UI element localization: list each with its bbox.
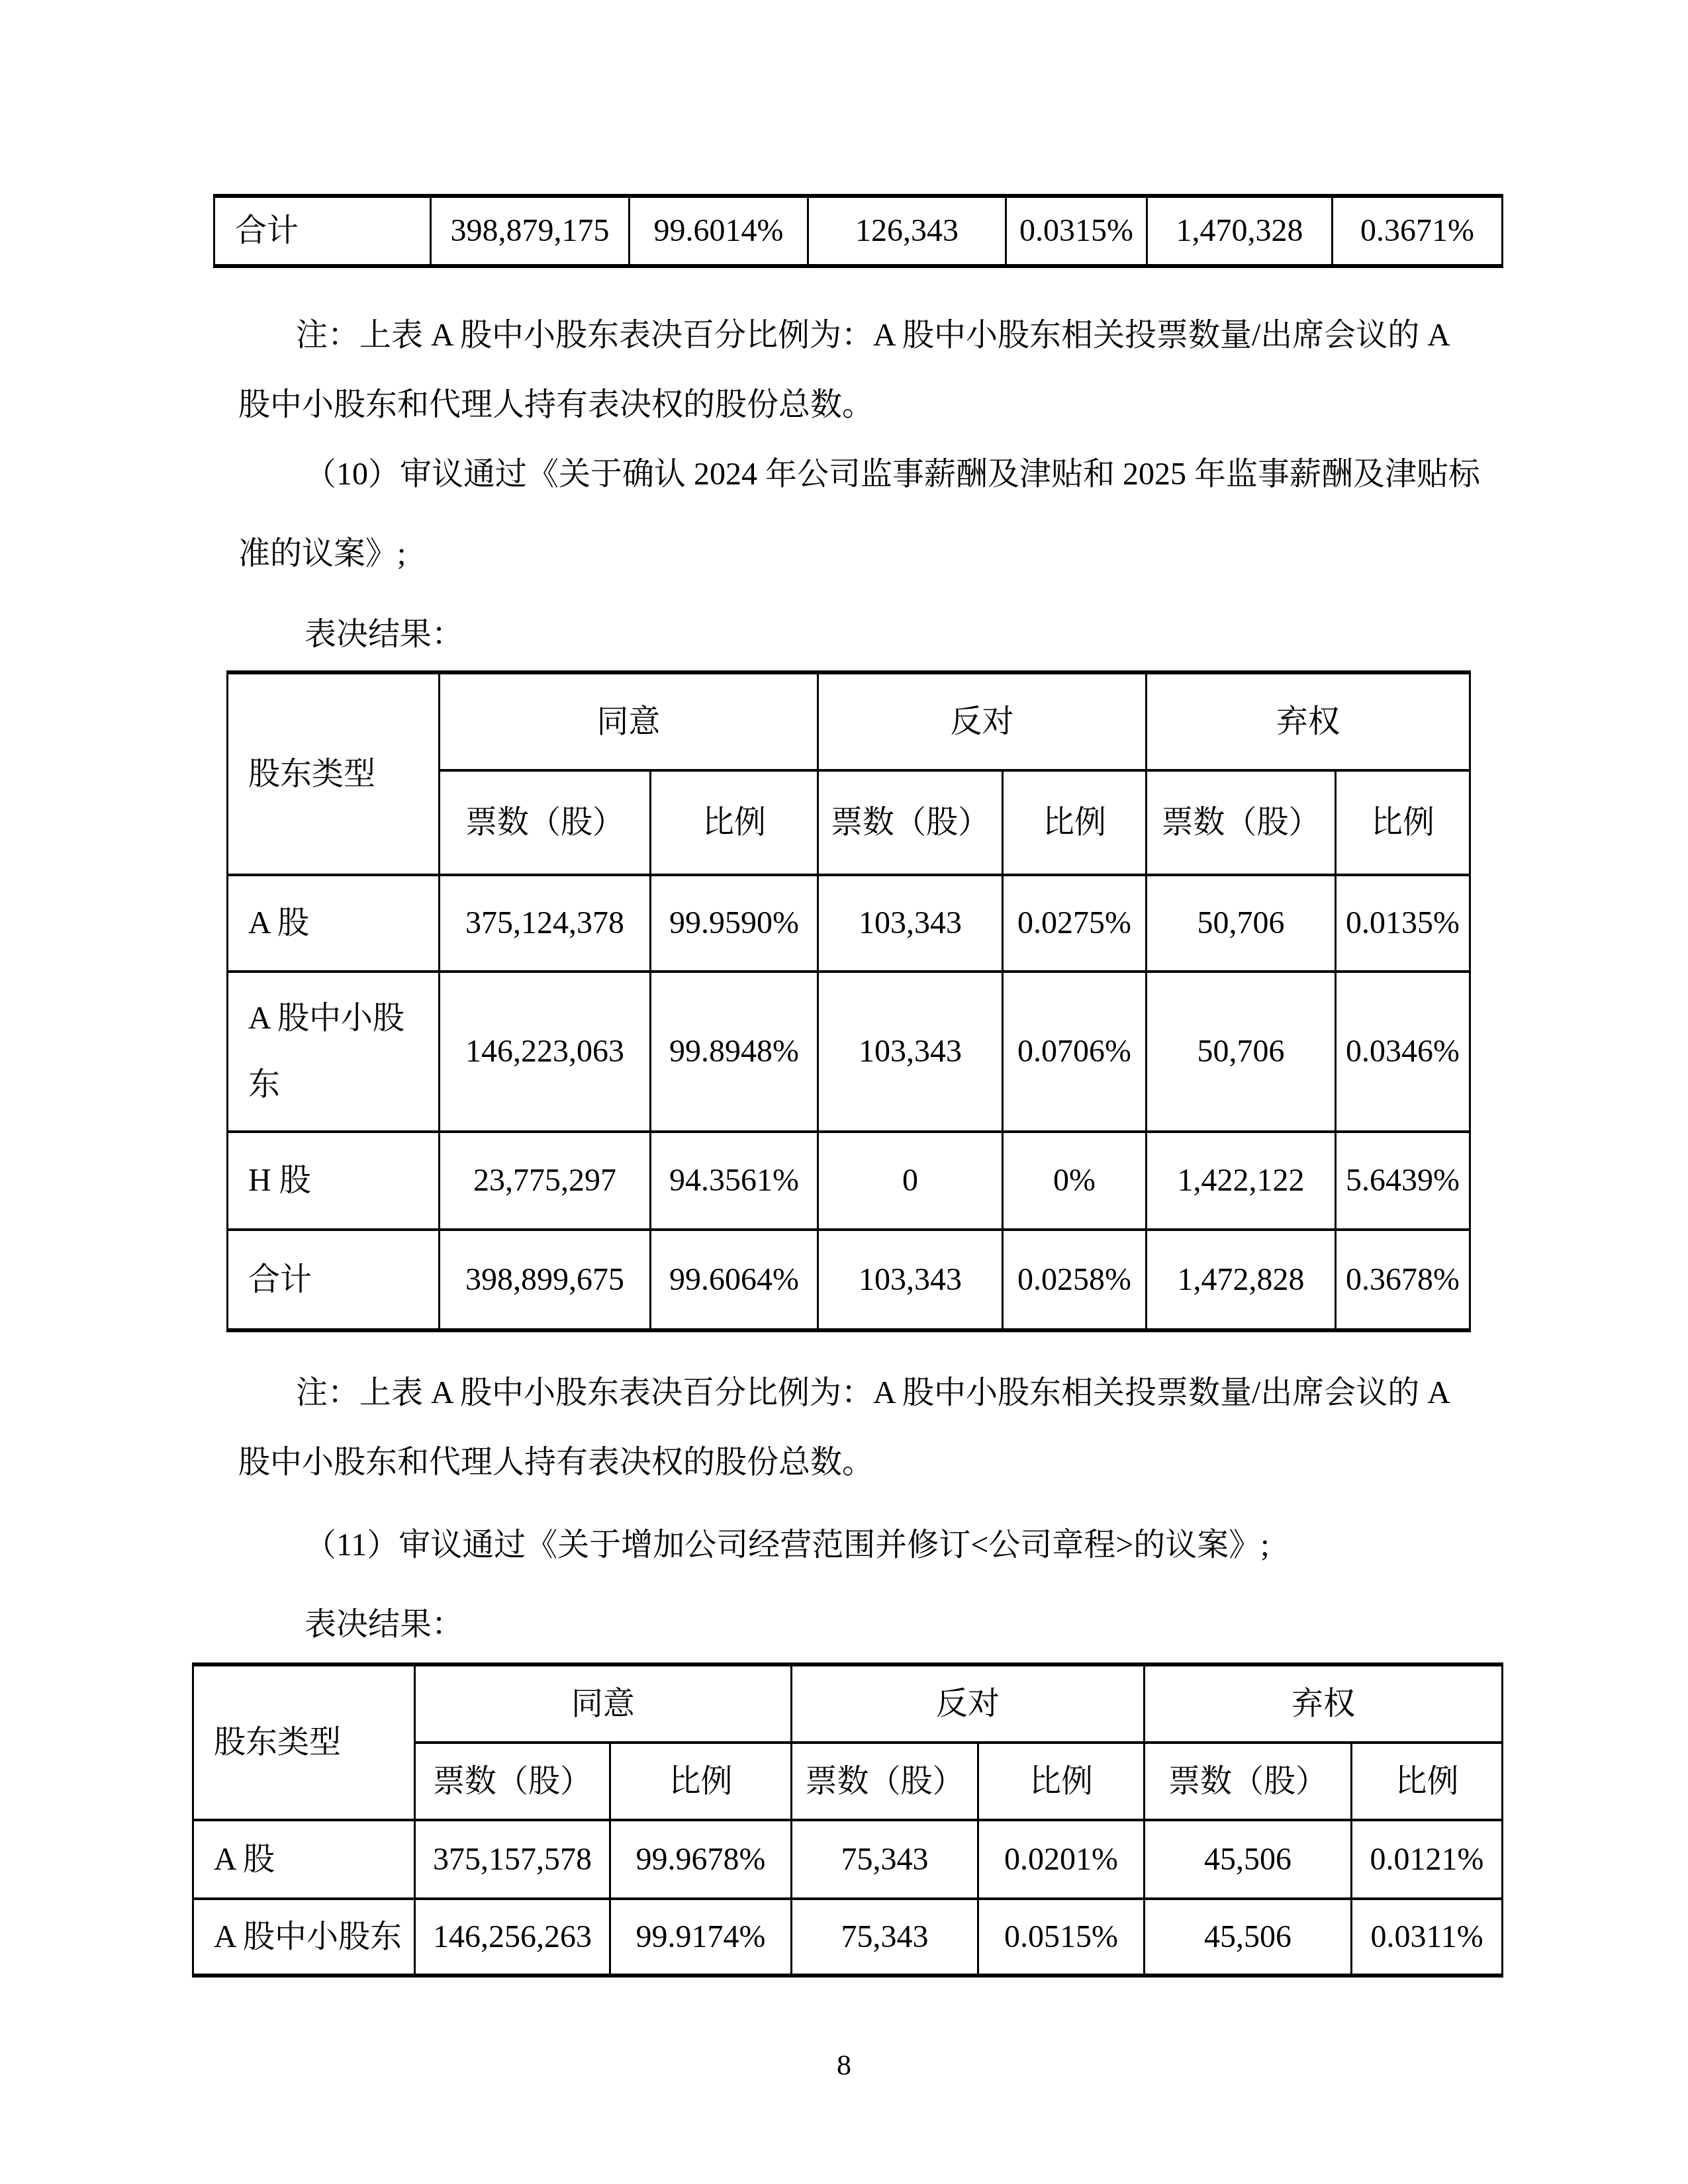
header-ratio: 比例 [1003,770,1147,875]
table-cell: 0.0311% [1352,1899,1503,1976]
table-cell: 0 [818,1132,1003,1230]
table-cell: A 股 [193,1820,415,1899]
header-abstain: 弃权 [1147,672,1470,770]
table-cell: 0.3671% [1333,196,1503,266]
table-cell: 146,256,263 [415,1899,610,1976]
table-cell: 0.0258% [1003,1230,1147,1330]
table-row: 合计 398,879,175 99.6014% 126,343 0.0315% … [214,196,1503,266]
table-cell: 99.6014% [630,196,808,266]
table-cell: 0% [1003,1132,1147,1230]
table-cell: 99.9590% [651,875,818,972]
table-cell: 398,899,675 [440,1230,651,1330]
table-cell: 0.0135% [1336,875,1470,972]
table-cell: 398,879,175 [431,196,630,266]
table-cell: 99.9678% [610,1820,792,1899]
table-row: 合计 398,899,675 99.6064% 103,343 0.0258% … [228,1230,1470,1330]
table-cell: 0.0706% [1003,972,1147,1132]
table-cell: 0.0315% [1006,196,1147,266]
table-cell: 0.0515% [978,1899,1145,1976]
table-cell: 0.0121% [1352,1820,1503,1899]
note-line: 股中小股东和代理人持有表决权的股份总数。 [238,1443,874,1482]
voting-table-item10: 股东类型 同意 反对 弃权 票数（股） 比例 票数（股） 比例 票数（股） 比例… [226,670,1471,1332]
table-cell: A 股中小股东 [228,972,440,1132]
table-cell: A 股 [228,875,440,972]
header-against: 反对 [818,672,1147,770]
header-votes: 票数（股） [1145,1743,1352,1820]
header-ratio: 比例 [1336,770,1470,875]
table-cell: 375,157,578 [415,1820,610,1899]
table-cell: 99.9174% [610,1899,792,1976]
header-against: 反对 [792,1664,1145,1743]
header-agree: 同意 [440,672,818,770]
table-cell: 合计 [228,1230,440,1330]
header-agree: 同意 [415,1664,792,1743]
item-title-line: （10）审议通过《关于确认 2024 年公司监事薪酬及津贴和 2025 年监事薪… [305,455,1480,494]
table-row: A 股 375,124,378 99.9590% 103,343 0.0275%… [228,875,1470,972]
document-page: 合计 398,879,175 99.6014% 126,343 0.0315% … [0,0,1688,2184]
note-line: 注：上表 A 股中小股东表决百分比例为：A 股中小股东相关投票数量/出席会议的 … [296,1374,1450,1412]
table-cell: A 股中小股东 [193,1899,415,1976]
table-cell: 5.6439% [1336,1132,1470,1230]
header-ratio: 比例 [610,1743,792,1820]
page-number: 8 [0,2049,1688,2082]
table-cell: H 股 [228,1132,440,1230]
table-cell: 0.0275% [1003,875,1147,972]
table-cell: 99.8948% [651,972,818,1132]
table-cell: 0.3678% [1336,1230,1470,1330]
header-ratio: 比例 [1352,1743,1503,1820]
header-ratio: 比例 [651,770,818,875]
table-cell: 75,343 [792,1820,978,1899]
table-cell: 50,706 [1147,875,1336,972]
header-votes: 票数（股） [440,770,651,875]
note-line: 股中小股东和代理人持有表决权的股份总数。 [238,386,874,424]
table-cell: 0.0201% [978,1820,1145,1899]
item-title-line: （11）审议通过《关于增加公司经营范围并修订<公司章程>的议案》; [305,1526,1270,1565]
header-ratio: 比例 [978,1743,1145,1820]
table-cell: 1,470,328 [1147,196,1333,266]
table-row: A 股中小股东 146,256,263 99.9174% 75,343 0.05… [193,1899,1503,1976]
header-abstain: 弃权 [1145,1664,1503,1743]
table-cell: 103,343 [818,1230,1003,1330]
table-header-row: 股东类型 同意 反对 弃权 [193,1664,1503,1743]
table-cell: 146,223,063 [440,972,651,1132]
table-row: A 股 375,157,578 99.9678% 75,343 0.0201% … [193,1820,1503,1899]
header-votes: 票数（股） [818,770,1003,875]
table-cell: 1,422,122 [1147,1132,1336,1230]
table-cell: 94.3561% [651,1132,818,1230]
vote-result-label: 表决结果： [305,1606,463,1644]
header-shareholder-type: 股东类型 [193,1664,415,1820]
vote-result-label: 表决结果： [305,615,463,654]
prev-table-continuation: 合计 398,879,175 99.6014% 126,343 0.0315% … [213,194,1503,268]
header-votes: 票数（股） [1147,770,1336,875]
table-cell: 合计 [214,196,431,266]
item-title-line: 准的议案》; [238,535,406,573]
table-cell: 45,506 [1145,1820,1352,1899]
table-cell: 45,506 [1145,1899,1352,1976]
table-cell: 103,343 [818,972,1003,1132]
table-cell: 75,343 [792,1899,978,1976]
table-cell: 1,472,828 [1147,1230,1336,1330]
table-cell: 103,343 [818,875,1003,972]
table-cell: 99.6064% [651,1230,818,1330]
voting-table-item11: 股东类型 同意 反对 弃权 票数（股） 比例 票数（股） 比例 票数（股） 比例… [192,1662,1503,1978]
header-votes: 票数（股） [415,1743,610,1820]
table-cell: 50,706 [1147,972,1336,1132]
table-cell: 0.0346% [1336,972,1470,1132]
note-line: 注：上表 A 股中小股东表决百分比例为：A 股中小股东相关投票数量/出席会议的 … [296,316,1450,355]
table-header-row: 股东类型 同意 反对 弃权 [228,672,1470,770]
table-cell: 375,124,378 [440,875,651,972]
table-row: A 股中小股东 146,223,063 99.8948% 103,343 0.0… [228,972,1470,1132]
table-cell: 126,343 [808,196,1006,266]
header-votes: 票数（股） [792,1743,978,1820]
table-cell: 23,775,297 [440,1132,651,1230]
table-row: H 股 23,775,297 94.3561% 0 0% 1,422,122 5… [228,1132,1470,1230]
header-shareholder-type: 股东类型 [228,672,440,875]
